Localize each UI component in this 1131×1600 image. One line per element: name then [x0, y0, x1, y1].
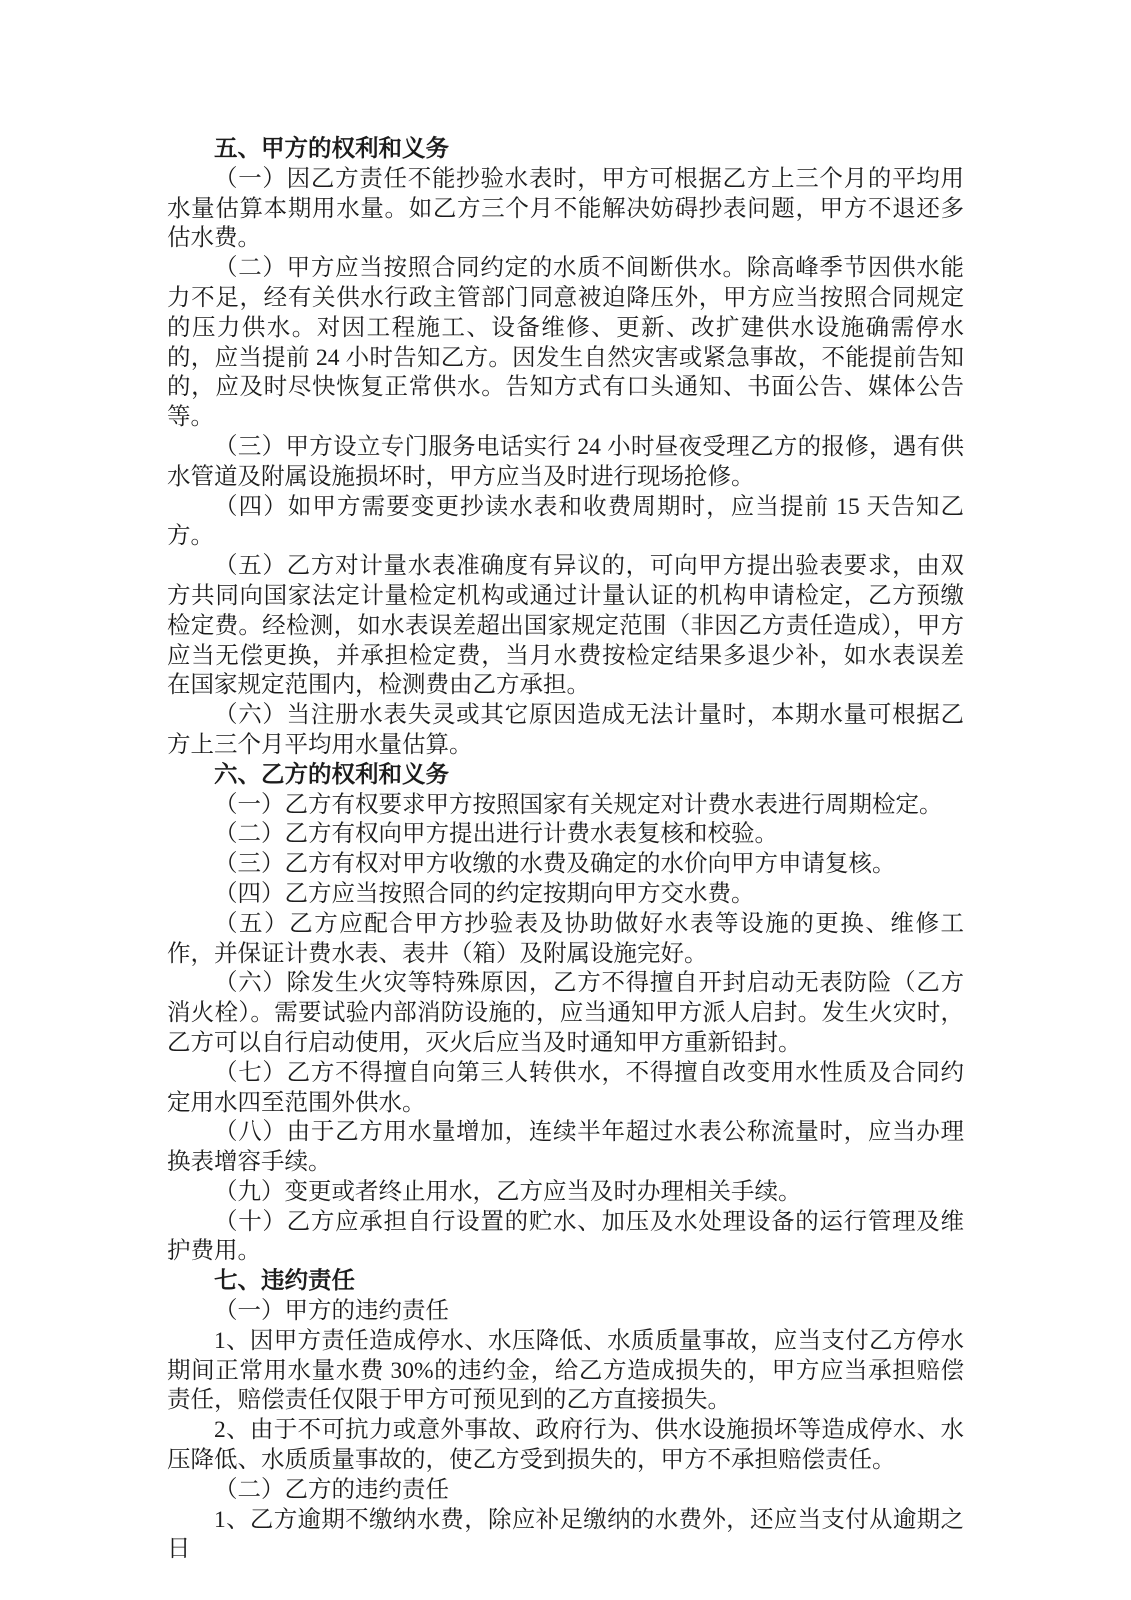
paragraph: （九）变更或者终止用水，乙方应当及时办理相关手续。 [167, 1178, 964, 1208]
paragraph: （六）当注册水表失灵或其它原因造成无法计量时，本期水量可根据乙方上三个月平均用水… [167, 701, 964, 761]
paragraph: （一）甲方的违约责任 [167, 1297, 964, 1327]
contract-text: 五、甲方的权利和义务（一）因乙方责任不能抄验水表时，甲方可根据乙方上三个月的平均… [167, 135, 964, 1565]
paragraph: （二）乙方的违约责任 [167, 1476, 964, 1506]
paragraph: （二）乙方有权向甲方提出进行计费水表复核和校验。 [167, 820, 964, 850]
paragraph: （三）乙方有权对甲方收缴的水费及确定的水价向甲方申请复核。 [167, 850, 964, 880]
paragraph: （五）乙方应配合甲方抄验表及协助做好水表等设施的更换、维修工作，并保证计费水表、… [167, 910, 964, 970]
paragraph: （六）除发生火灾等特殊原因，乙方不得擅自开封启动无表防险（乙方消火栓）。需要试验… [167, 969, 964, 1058]
section-heading: 五、甲方的权利和义务 [167, 135, 964, 165]
paragraph: （七）乙方不得擅自向第三人转供水，不得擅自改变用水性质及合同约定用水四至范围外供… [167, 1059, 964, 1119]
paragraph: （八）由于乙方用水量增加，连续半年超过水表公称流量时，应当办理换表增容手续。 [167, 1118, 964, 1178]
paragraph: 1、乙方逾期不缴纳水费，除应补足缴纳的水费外，还应当支付从逾期之日 [167, 1506, 964, 1566]
document-page: 五、甲方的权利和义务（一）因乙方责任不能抄验水表时，甲方可根据乙方上三个月的平均… [0, 0, 1131, 1600]
paragraph: （四）乙方应当按照合同的约定按期向甲方交水费。 [167, 880, 964, 910]
paragraph: （一）乙方有权要求甲方按照国家有关规定对计费水表进行周期检定。 [167, 791, 964, 821]
paragraph: 2、由于不可抗力或意外事故、政府行为、供水设施损坏等造成停水、水压降低、水质质量… [167, 1416, 964, 1476]
paragraph: （一）因乙方责任不能抄验水表时，甲方可根据乙方上三个月的平均用水量估算本期用水量… [167, 165, 964, 254]
paragraph: 1、因甲方责任造成停水、水压降低、水质质量事故，应当支付乙方停水期间正常用水量水… [167, 1327, 964, 1416]
section-heading: 六、乙方的权利和义务 [167, 761, 964, 791]
paragraph: （三）甲方设立专门服务电话实行 24 小时昼夜受理乙方的报修，遇有供水管道及附属… [167, 433, 964, 493]
section-heading: 七、违约责任 [167, 1267, 964, 1297]
paragraph: （五）乙方对计量水表准确度有异议的，可向甲方提出验表要求，由双方共同向国家法定计… [167, 552, 964, 701]
paragraph: （二）甲方应当按照合同约定的水质不间断供水。除高峰季节因供水能力不足，经有关供水… [167, 254, 964, 433]
paragraph: （四）如甲方需要变更抄读水表和收费周期时，应当提前 15 天告知乙方。 [167, 493, 964, 553]
paragraph: （十）乙方应承担自行设置的贮水、加压及水处理设备的运行管理及维护费用。 [167, 1208, 964, 1268]
